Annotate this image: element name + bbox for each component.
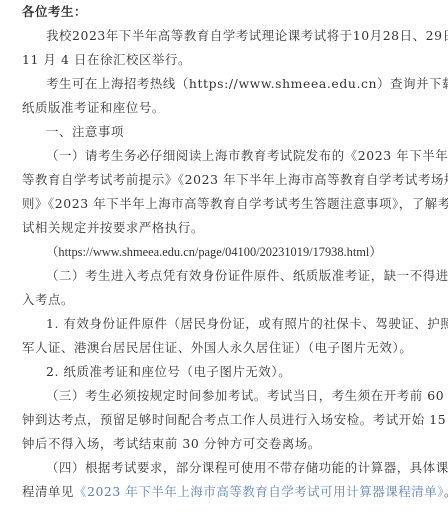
item-2-entry-requirements-cont: 入考点。 [22, 288, 434, 312]
item-4-calculator-cont: 程清单见《2023 年下半年上海市高等教育自学考试可用计算器课程清单》。 [22, 480, 434, 504]
subitem-valid-id: 1. 有效身份证件原件（居民身份证，或有照片的社保卡、驾驶证、护照、 [46, 312, 434, 336]
item-1-read-rules-cont-3: 试相关规定并按要求严格执行。 [22, 216, 434, 240]
item-3-arrival-time-cont-1: 钟到达考点，预留足够时间配合考点工作人员进行入场安检。考试开始 15 分 [22, 408, 434, 432]
item-1-read-rules-cont-2: 则》《2023 年下半年上海市高等教育自学考试考生答题注意事项》，了解考 [22, 192, 434, 216]
subitem-admission-ticket: 2. 纸质准考证和座位号（电子图片无效）。 [46, 360, 434, 384]
paragraph-download-admission: 考生可在上海招考热线（https://www.shmeea.edu.cn）查询并… [46, 72, 434, 96]
paragraph-download-admission-cont: 纸质版准考证和座位号。 [22, 96, 434, 120]
salutation: 各位考生： [22, 0, 434, 24]
item-1-read-rules: （一）请考生务必仔细阅读上海市教育考试院发布的《2023 年下半年高 [46, 144, 434, 168]
paragraph-exam-dates-cont: 11 月 4 日在徐汇校区举行。 [22, 48, 434, 72]
notice-document: 各位考生： 我校2023年下半年高等教育自学考试理论课考试将于10月28日、29… [0, 0, 448, 523]
item-4-calculator: （四）根据考试要求，部分课程可使用不带存储功能的计算器，具体课 [46, 456, 434, 480]
item-1-read-rules-cont-1: 等教育自学考试考前提示》《2023 年下半年上海市高等教育自学考试考场规 [22, 168, 434, 192]
calculator-list-prefix: 程清单见 [22, 484, 74, 499]
item-3-arrival-time-cont-2: 钟后不得入场，考试结束前 30 分钟方可交卷离场。 [22, 432, 434, 456]
section-heading-notes: 一、注意事项 [46, 120, 434, 144]
item-2-entry-requirements: （二）考生进入考点凭有效身份证件原件、纸质版准考证，缺一不得进 [46, 264, 434, 288]
item-3-arrival-time: （三）考生必须按规定时间参加考试。考试当日，考生须在开考前 60 分 [46, 384, 434, 408]
paragraph-exam-dates: 我校2023年下半年高等教育自学考试理论课考试将于10月28日、29日、 [46, 24, 434, 48]
calculator-list-suffix: 。 [444, 484, 448, 499]
rules-url-link[interactable]: （https://www.shmeea.edu.cn/page/04100/20… [46, 240, 434, 264]
subitem-valid-id-cont: 军人证、港澳台居民居住证、外国人永久居住证）（电子图片无效）。 [22, 336, 434, 360]
calculator-course-list-link[interactable]: 《2023 年下半年上海市高等教育自学考试可用计算器课程清单》 [74, 484, 444, 499]
